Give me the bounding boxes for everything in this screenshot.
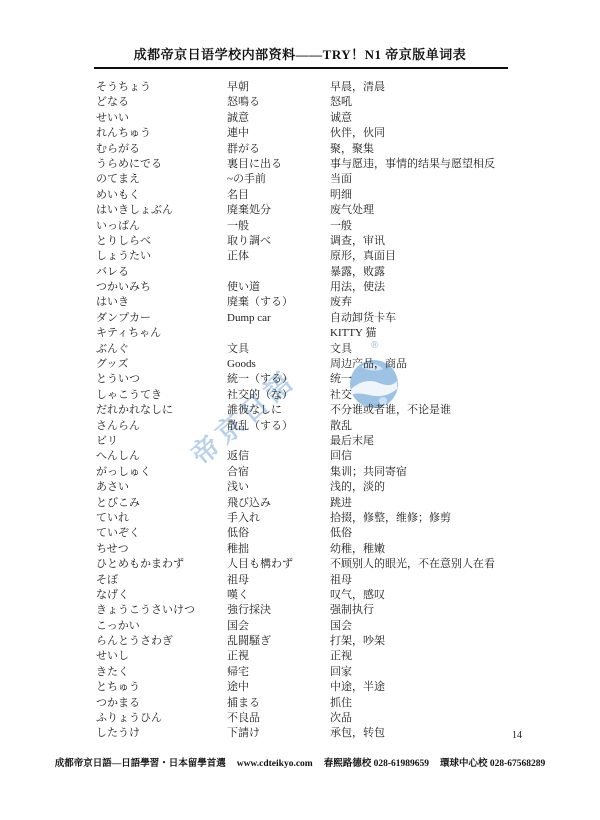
meaning-cell: 伙伴，伙同 [330,126,516,141]
word-cell [227,326,330,341]
meaning-cell: 自动卸货卡车 [330,311,516,326]
reading-cell: だれかれなしに [96,403,227,418]
meaning-cell: 次品 [330,711,516,726]
table-row: へんしん返信回信 [96,449,516,464]
title-divider [94,67,508,69]
word-cell: 正視 [227,649,330,664]
reading-cell: したうけ [96,726,227,741]
word-cell: 誰彼なしに [227,403,330,418]
table-row: ていれ手入れ拾掇，修整，维修；修剪 [96,511,516,526]
meaning-cell: 浅的，淡的 [330,480,516,495]
word-cell: 名目 [227,188,330,203]
table-row: バレる暴露，败露 [96,265,516,280]
word-cell: 嘆く [227,588,330,603]
reading-cell: どなる [96,95,227,110]
word-cell [227,265,330,280]
table-row: ひとめもかまわず人目も構わず不顾别人的眼光，不在意别人在看 [96,557,516,572]
reading-cell: せいい [96,111,227,126]
reading-cell: あさい [96,480,227,495]
table-row: つかいみち使い道用法，使法 [96,280,516,295]
meaning-cell: 跳进 [330,496,516,511]
meaning-cell: 怒吼 [330,95,516,110]
reading-cell: しょうたい [96,249,227,264]
meaning-cell: KITTY 猫 [330,326,516,341]
word-cell: 下請け [227,726,330,741]
table-row: むらがる群がる聚，聚集 [96,142,516,157]
footer-url: www.cdteikyo.com [237,759,313,769]
table-row: ていぞく低俗低俗 [96,526,516,541]
word-cell: 正体 [227,249,330,264]
meaning-cell: 拾掇，修整，维修；修剪 [330,511,516,526]
reading-cell: グッズ [96,357,227,372]
word-cell: 社交的（な） [227,388,330,403]
reading-cell: ていぞく [96,526,227,541]
table-row: さんらん散乱（する）散乱 [96,419,516,434]
word-cell: 廃棄（する） [227,295,330,310]
table-row: とりしらべ取り調べ调查，审讯 [96,234,516,249]
table-row: そぼ祖母祖母 [96,573,516,588]
meaning-cell: 中途，半途 [330,680,516,695]
reading-cell: ひとめもかまわず [96,557,227,572]
reading-cell: むらがる [96,142,227,157]
word-cell: 不良品 [227,711,330,726]
word-cell: 手入れ [227,511,330,526]
table-row: グッズGoods周边产品，商品 [96,357,516,372]
word-cell: 返信 [227,449,330,464]
meaning-cell: 回家 [330,665,516,680]
table-row: うらめにでる裏目に出る事与愿违，事情的结果与愿望相反 [96,157,516,172]
meaning-cell: 正视 [330,649,516,664]
reading-cell: ぶんぐ [96,342,227,357]
word-cell: 怒鳴る [227,95,330,110]
meaning-cell: 幼稚，稚嫩 [330,542,516,557]
table-row: つかまる捕まる抓住 [96,696,516,711]
table-row: がっしゅく合宿集训；共同寄宿 [96,465,516,480]
table-row: ちせつ稚拙幼稚，稚嫩 [96,542,516,557]
table-row: とびこみ飛び込み跳进 [96,496,516,511]
word-cell: 裏目に出る [227,157,330,172]
reading-cell: のてまえ [96,172,227,187]
word-cell: 文具 [227,342,330,357]
table-row: せいい誠意诚意 [96,111,516,126]
meaning-cell: 不分谁或者谁，不论是谁 [330,403,516,418]
word-cell: 捕まる [227,696,330,711]
word-cell: 帰宅 [227,665,330,680]
meaning-cell: 回信 [330,449,516,464]
meaning-cell: 原形，真面目 [330,249,516,264]
table-row: そうちょう早朝早晨，清晨 [96,80,516,95]
table-row: きょうこうさいけつ強行採決强制执行 [96,603,516,618]
meaning-cell: 承包，转包 [330,726,516,741]
meaning-cell: 散乱 [330,419,516,434]
reading-cell: きたく [96,665,227,680]
reading-cell: つかいみち [96,280,227,295]
table-row: はいき廃棄（する）废弃 [96,295,516,310]
reading-cell: とりしらべ [96,234,227,249]
table-row: はいきしょぶん廃棄処分废气处理 [96,203,516,218]
table-row: あさい浅い浅的，淡的 [96,480,516,495]
footer: 成都帝京日語—日語學習・日本留學首選 www.cdteikyo.com 春熙路德… [0,755,600,769]
meaning-cell: 祖母 [330,573,516,588]
reading-cell: はいき [96,295,227,310]
reading-cell: ちせつ [96,542,227,557]
word-cell: 強行採決 [227,603,330,618]
reading-cell: れんちゅう [96,126,227,141]
reading-cell: とういつ [96,372,227,387]
reading-cell: さんらん [96,419,227,434]
reading-cell: バレる [96,265,227,280]
word-cell: 散乱（する） [227,419,330,434]
word-cell: 誠意 [227,111,330,126]
reading-cell: いっぱん [96,219,227,234]
table-row: ぶんぐ文具文具 [96,342,516,357]
reading-cell: ふりょうひん [96,711,227,726]
table-row: しょうたい正体原形，真面目 [96,249,516,264]
meaning-cell: 集训；共同寄宿 [330,465,516,480]
word-cell: 低俗 [227,526,330,541]
meaning-cell: 社交 [330,388,516,403]
word-cell: Goods [227,357,330,372]
table-row: ビリ最后末尾 [96,434,516,449]
meaning-cell: 调查，审讯 [330,234,516,249]
meaning-cell: 不顾别人的眼光，不在意别人在看 [330,557,516,572]
meaning-cell: 强制执行 [330,603,516,618]
word-cell: 稚拙 [227,542,330,557]
reading-cell: そぼ [96,573,227,588]
reading-cell: こっかい [96,619,227,634]
meaning-cell: 早晨，清晨 [330,80,516,95]
document-page: 帝京日語 ® 成都帝京日语学校内部资料——TRY！N1 帝京版单词表 そうちょう… [0,0,600,820]
meaning-cell: 国会 [330,619,516,634]
table-row: ダンプカーDump car自动卸货卡车 [96,311,516,326]
table-row: しゃこうてき社交的（な）社交 [96,388,516,403]
reading-cell: ダンプカー [96,311,227,326]
table-row: とちゅう途中中途，半途 [96,680,516,695]
table-row: とういつ統一（する）统一 [96,372,516,387]
word-cell [227,434,330,449]
meaning-cell: 聚，聚集 [330,142,516,157]
word-cell: 浅い [227,480,330,495]
reading-cell: せいし [96,649,227,664]
table-row: ふりょうひん不良品次品 [96,711,516,726]
word-cell: 人目も構わず [227,557,330,572]
word-cell: 群がる [227,142,330,157]
word-cell: 統一（する） [227,372,330,387]
table-row: いっぱん一般一般 [96,219,516,234]
meaning-cell: 当面 [330,172,516,187]
table-row: れんちゅう連中伙伴，伙同 [96,126,516,141]
word-cell: 廃棄処分 [227,203,330,218]
meaning-cell: 最后末尾 [330,434,516,449]
word-cell: 取り調べ [227,234,330,249]
table-row: きたく帰宅回家 [96,665,516,680]
table-row: キティちゃんKITTY 猫 [96,326,516,341]
reading-cell: とびこみ [96,496,227,511]
meaning-cell: 统一 [330,372,516,387]
table-row: らんとうさわぎ乱闘騒ぎ打架，吵架 [96,634,516,649]
reading-cell: ていれ [96,511,227,526]
reading-cell: なげく [96,588,227,603]
word-cell: 乱闘騒ぎ [227,634,330,649]
footer-brand: 成都帝京日語—日語學習・日本留學首選 [55,755,226,769]
meaning-cell: 诚意 [330,111,516,126]
word-cell: 早朝 [227,80,330,95]
reading-cell: つかまる [96,696,227,711]
vocab-table: そうちょう早朝早晨，清晨どなる怒鳴る怒吼せいい誠意诚意れんちゅう連中伙伴，伙同む… [96,80,516,742]
table-row: したうけ下請け承包，转包 [96,726,516,741]
reading-cell: しゃこうてき [96,388,227,403]
word-cell: 一般 [227,219,330,234]
word-cell: 合宿 [227,465,330,480]
meaning-cell: 文具 [330,342,516,357]
word-cell: 飛び込み [227,496,330,511]
reading-cell: とちゅう [96,680,227,695]
reading-cell: ビリ [96,434,227,449]
meaning-cell: 叹气，感叹 [330,588,516,603]
reading-cell: そうちょう [96,80,227,95]
word-cell: 祖母 [227,573,330,588]
table-row: のてまえ~の手前当面 [96,172,516,187]
reading-cell: きょうこうさいけつ [96,603,227,618]
meaning-cell: 事与愿违，事情的结果与愿望相反 [330,157,516,172]
table-row: めいもく名目明细 [96,188,516,203]
page-title: 成都帝京日语学校内部资料——TRY！N1 帝京版单词表 [0,44,600,63]
reading-cell: キティちゃん [96,326,227,341]
reading-cell: めいもく [96,188,227,203]
meaning-cell: 暴露，败露 [330,265,516,280]
word-cell: ~の手前 [227,172,330,187]
word-cell: 国会 [227,619,330,634]
word-cell: 使い道 [227,280,330,295]
word-cell: 途中 [227,680,330,695]
table-row: せいし正視正视 [96,649,516,664]
meaning-cell: 明细 [330,188,516,203]
meaning-cell: 周边产品，商品 [330,357,516,372]
meaning-cell: 低俗 [330,526,516,541]
meaning-cell: 抓住 [330,696,516,711]
table-row: こっかい国会国会 [96,619,516,634]
footer-campus-chunxilu: 春熙路德校 028-61989659 [324,755,429,769]
reading-cell: らんとうさわぎ [96,634,227,649]
table-row: だれかれなしに誰彼なしに不分谁或者谁，不论是谁 [96,403,516,418]
meaning-cell: 一般 [330,219,516,234]
table-row: なげく嘆く叹气，感叹 [96,588,516,603]
footer-campus-global-center: 環球中心校 028-67568289 [440,755,545,769]
reading-cell: はいきしょぶん [96,203,227,218]
reading-cell: へんしん [96,449,227,464]
meaning-cell: 用法，使法 [330,280,516,295]
meaning-cell: 废气处理 [330,203,516,218]
reading-cell: うらめにでる [96,157,227,172]
table-row: どなる怒鳴る怒吼 [96,95,516,110]
word-cell: 連中 [227,126,330,141]
reading-cell: がっしゅく [96,465,227,480]
meaning-cell: 废弃 [330,295,516,310]
meaning-cell: 打架，吵架 [330,634,516,649]
word-cell: Dump car [227,311,330,326]
